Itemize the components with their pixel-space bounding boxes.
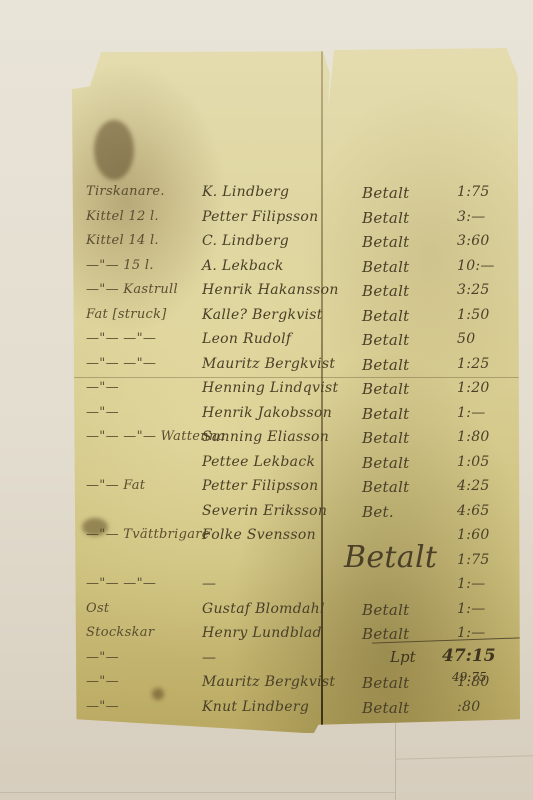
ledger-row: —"— KastrullHenrik HakanssonBetalt3:25: [72, 278, 520, 303]
payment-status: Betalt: [362, 331, 410, 349]
payment-status: Bet.: [362, 503, 394, 521]
payment-status: Betalt: [362, 405, 410, 423]
item-label: —"— —"—: [86, 331, 156, 346]
payment-status: Betalt: [362, 258, 410, 276]
payment-status: Betalt: [362, 429, 410, 447]
amount: 1:75: [457, 552, 490, 568]
item-label: Fat [struck]: [86, 307, 167, 322]
ledger-row: —"— —"—Mauritz BergkvistBetalt1:25: [72, 352, 520, 377]
payer-name: Henrik Jakobsson: [202, 405, 332, 421]
payer-name: K. Lindberg: [202, 184, 289, 200]
total-label: Lpt: [390, 648, 416, 666]
amount: 4:25: [457, 478, 490, 494]
item-label: —"— —"—: [86, 356, 156, 371]
ledger-row: —"—Knut LindbergBetalt:80: [72, 695, 520, 720]
ledger-row: —"— TvättbrigareFolke Svensson1:60: [72, 523, 520, 548]
payer-name: A. Lekback: [202, 258, 284, 274]
amount: 1:80: [457, 429, 490, 445]
payment-status: Betalt: [362, 454, 410, 472]
payer-name: Knut Lindberg: [202, 699, 309, 715]
payer-name: Folke Svensson: [202, 527, 316, 543]
amount: 1:60: [457, 527, 490, 543]
amount: 1:—: [457, 405, 486, 421]
background-board-seam: [0, 792, 395, 793]
ledger-row: Kittel 14 l.C. LindbergBetalt3:60: [72, 229, 520, 254]
amount: :80: [457, 699, 480, 715]
item-label: Kittel 14 l.: [86, 233, 159, 248]
ledger-row: Fat [struck]Kalle? BergkvistBetalt1:50: [72, 303, 520, 328]
ledger-row: Tirskanare.K. LindbergBetalt1:75: [72, 180, 520, 205]
item-label: —"—: [86, 699, 119, 714]
amount: 4:65: [457, 503, 490, 519]
amount: 1:—: [457, 576, 486, 592]
amount: 1:25: [457, 356, 490, 372]
item-label: —"—: [86, 674, 119, 689]
payment-status: Betalt: [362, 307, 410, 325]
payer-name: Petter Filipsson: [202, 478, 318, 494]
item-label: Ost: [86, 601, 109, 616]
amount: 1:20: [457, 380, 490, 396]
payer-name: Henry Lundblad: [202, 625, 322, 641]
item-label: —"— 15 l.: [86, 258, 154, 273]
amount: 3:60: [457, 233, 490, 249]
background-board-seam: [395, 755, 533, 760]
ledger-row: —"—Henrik JakobssonBetalt1:—: [72, 401, 520, 426]
payment-status: Betalt: [362, 674, 410, 692]
item-label: Kittel 12 l.: [86, 209, 159, 224]
total-amount-secondary: 49:75: [452, 670, 487, 684]
payer-name: Mauritz Bergkvist: [202, 356, 335, 372]
ledger-row: OstGustaf BlomdahlBetalt1:—: [72, 597, 520, 622]
payer-name: Henrik Hakansson: [202, 282, 339, 298]
payer-name: Pettee Lekback: [202, 454, 315, 470]
item-label: —"—: [86, 650, 119, 665]
amount: 1:75: [457, 184, 490, 200]
payment-status: Betalt: [362, 601, 410, 619]
ledger-row: —"— 15 l.A. LekbackBetalt10:—: [72, 254, 520, 279]
payer-name: Mauritz Bergkvist: [202, 674, 335, 690]
amount: 3:—: [457, 209, 486, 225]
amount: 1:05: [457, 454, 490, 470]
ledger-row: Severin ErikssonBet.4:65: [72, 499, 520, 524]
payment-status: Betalt: [362, 209, 410, 227]
amount: 10:—: [457, 258, 495, 274]
amount: 1:—: [457, 601, 486, 617]
amount: 1:50: [457, 307, 490, 323]
payment-status: Betalt: [362, 699, 410, 717]
item-label: —"— —"—: [86, 576, 156, 591]
ledger-row: Kittel 12 l.Petter FilipssonBetalt3:—: [72, 205, 520, 230]
payer-name: Severin Eriksson: [202, 503, 327, 519]
item-label: —"— Kastrull: [86, 282, 178, 297]
ledger-sheet: Tirskanare.K. LindbergBetalt1:75 Kittel …: [72, 48, 520, 733]
ledger-entries: Tirskanare.K. LindbergBetalt1:75 Kittel …: [72, 180, 520, 719]
payment-status: Betalt: [344, 540, 437, 575]
amount: 3:25: [457, 282, 490, 298]
payer-name: Leon Rudolf: [202, 331, 291, 347]
ledger-row: —"— —"—Leon RudolfBetalt50: [72, 327, 520, 352]
ledger-row: Pettee LekbackBetalt1:05: [72, 450, 520, 475]
item-label: —"—: [86, 380, 119, 395]
ledger-row: —"— —"— WattennaSanning EliassonBetalt1:…: [72, 425, 520, 450]
payer-name: Kalle? Bergkvist: [202, 307, 323, 323]
payment-status: Betalt: [362, 478, 410, 496]
ledger-row: Betalt1:75: [72, 548, 520, 573]
background-board-seam: [395, 720, 396, 800]
item-label: —"—: [86, 405, 119, 420]
payer-name: Sanning Eliasson: [202, 429, 329, 445]
payer-name: C. Lindberg: [202, 233, 289, 249]
amount: 50: [457, 331, 475, 347]
payment-status: Betalt: [362, 356, 410, 374]
payer-name: Gustaf Blomdahl: [202, 601, 325, 617]
ledger-row: —"— FatPetter FilipssonBetalt4:25: [72, 474, 520, 499]
payer-name: —: [202, 650, 216, 666]
ledger-row: —"— —"——1:—: [72, 572, 520, 597]
item-label: Tirskanare.: [86, 184, 165, 199]
payment-status: Betalt: [362, 233, 410, 251]
item-label: —"— Fat: [86, 478, 145, 493]
ledger-row: —"—Henning LindqvistBetalt1:20: [72, 376, 520, 401]
total-amount: 47:15: [442, 646, 496, 666]
item-label: —"— Tvättbrigare: [86, 527, 210, 542]
payment-status: Betalt: [362, 625, 410, 643]
payer-name: Petter Filipsson: [202, 209, 318, 225]
payment-status: Betalt: [362, 184, 410, 202]
payer-name: Henning Lindqvist: [202, 380, 338, 396]
payment-status: Betalt: [362, 380, 410, 398]
payer-name: —: [202, 576, 216, 592]
ledger-row: StockskarHenry LundbladBetalt1:—: [72, 621, 520, 646]
stain: [94, 120, 134, 180]
item-label: Stockskar: [86, 625, 154, 640]
payment-status: Betalt: [362, 282, 410, 300]
